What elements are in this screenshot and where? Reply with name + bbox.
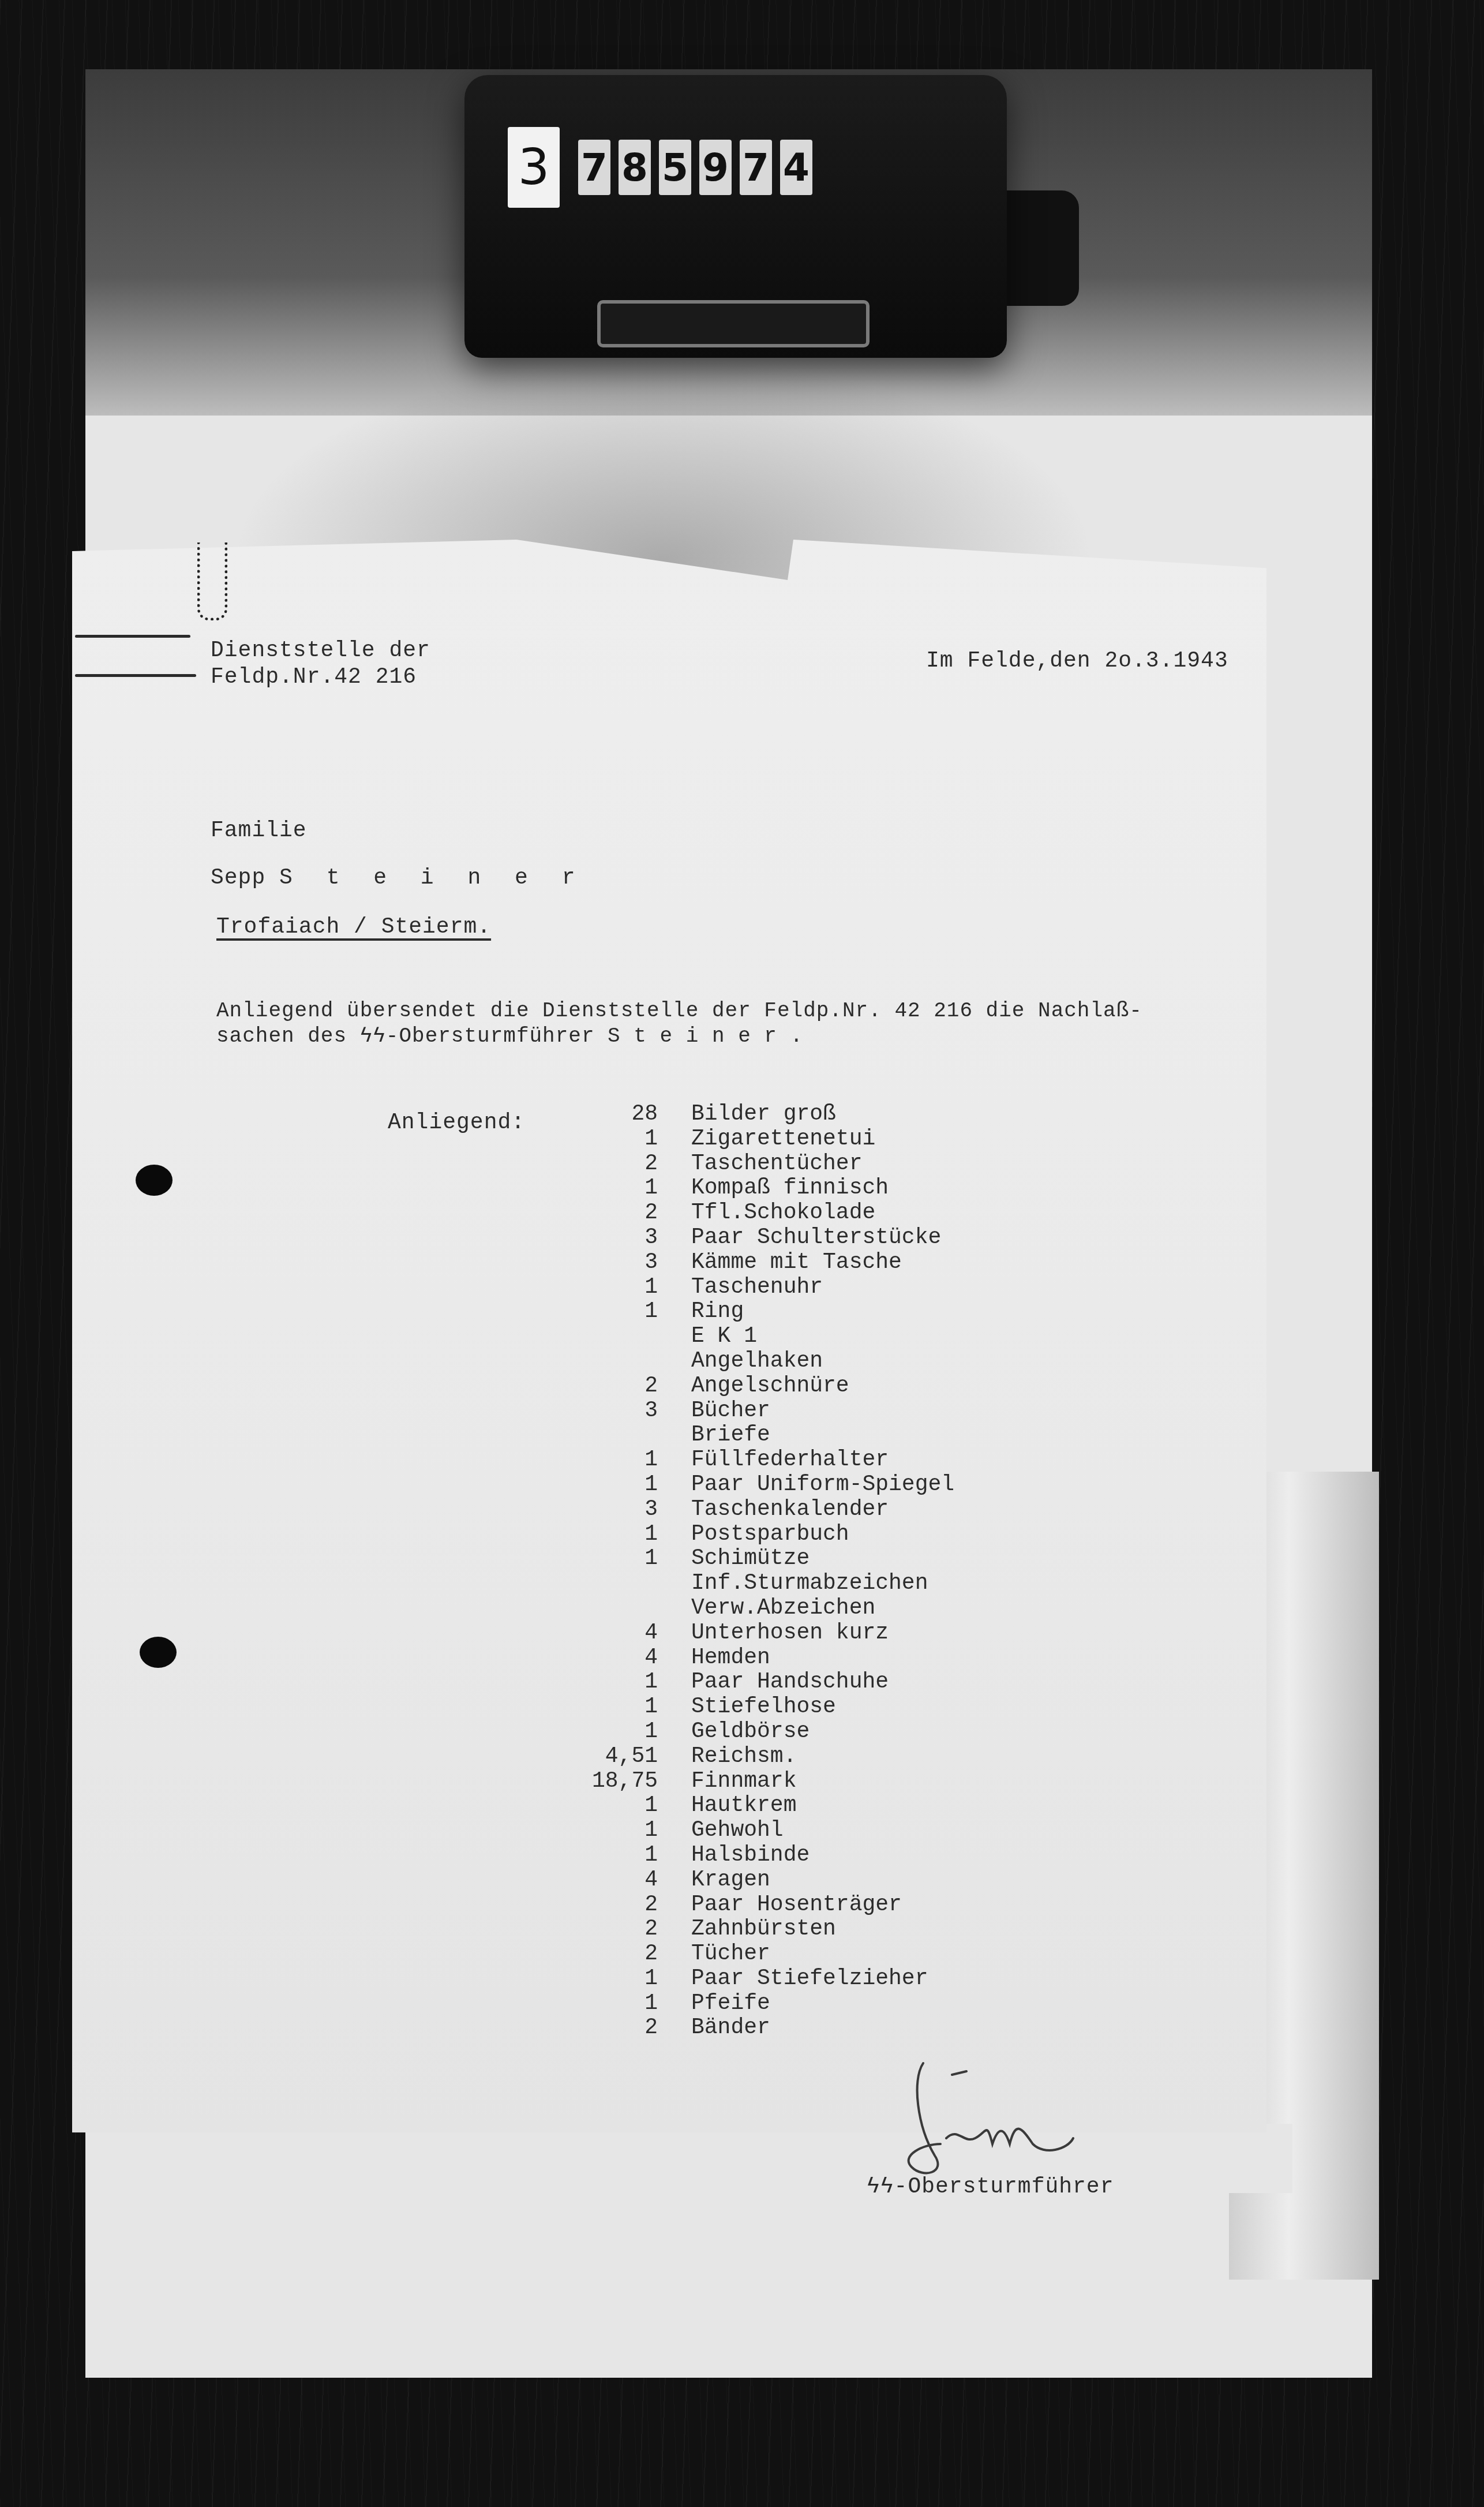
item-quantity: 2: [600, 2016, 691, 2041]
list-item: 28Bilder groß: [600, 1102, 954, 1127]
item-quantity: 4: [600, 1868, 691, 1893]
item-name: Briefe: [691, 1423, 770, 1448]
item-quantity: 1: [600, 1275, 691, 1300]
counter-digit: 7: [740, 140, 772, 195]
list-item: 1Ring: [600, 1300, 954, 1324]
item-quantity: 3: [600, 1251, 691, 1275]
item-quantity: 3: [600, 1226, 691, 1251]
item-quantity: 2: [600, 1942, 691, 1967]
item-name: Pfeife: [691, 1992, 770, 2016]
item-quantity: 1: [600, 1720, 691, 1745]
recipient-last-name: S t e i n e r: [279, 866, 585, 890]
item-quantity: 1: [600, 1992, 691, 2016]
item-name: Stiefelhose: [691, 1695, 836, 1720]
list-item: 1Hautkrem: [600, 1794, 954, 1818]
item-name: Kämme mit Tasche: [691, 1251, 902, 1275]
recipient-first-name: Sepp: [211, 866, 265, 890]
item-name: Tfl.Schokolade: [691, 1201, 875, 1226]
list-item: 3Kämme mit Tasche: [600, 1251, 954, 1275]
item-quantity: 18,75: [561, 1769, 691, 1794]
recipient-place: Trofaiach / Steierm.: [216, 915, 491, 940]
list-item: 1Schimütze: [600, 1547, 954, 1571]
item-quantity: [600, 1596, 691, 1621]
item-name: Paar Handschuhe: [691, 1670, 889, 1695]
item-name: Reichsm.: [691, 1745, 796, 1769]
item-quantity: [600, 1349, 691, 1374]
item-name: Kragen: [691, 1868, 770, 1893]
list-item: 1Kompaß finnisch: [600, 1176, 954, 1201]
item-name: Bilder groß: [691, 1102, 836, 1127]
list-item: Briefe: [600, 1423, 954, 1448]
item-quantity: 4,51: [561, 1745, 691, 1769]
item-name: Bücher: [691, 1399, 770, 1424]
punch-hole-icon: [136, 1165, 173, 1196]
list-item: 1Geldbörse: [600, 1720, 954, 1745]
item-quantity: 1: [600, 1127, 691, 1152]
signature-rank: ϟϟ-Obersturmführer: [867, 2175, 1114, 2200]
counter-digit: 9: [699, 140, 732, 195]
item-name: Zigarettenetui: [691, 1127, 875, 1152]
item-quantity: 1: [600, 1794, 691, 1818]
item-quantity: 2: [600, 1152, 691, 1177]
list-item: Angelhaken: [600, 1349, 954, 1374]
item-name: E K 1: [691, 1324, 757, 1349]
list-item: 1Taschenuhr: [600, 1275, 954, 1300]
item-name: Hemden: [691, 1646, 770, 1671]
item-quantity: 2: [600, 1917, 691, 1942]
body-line-1: Anliegend übersendet die Dienststelle de…: [216, 998, 1142, 1024]
item-quantity: 1: [600, 1818, 691, 1843]
sender-line-1: Dienststelle der: [211, 638, 430, 664]
list-item: 1Halsbinde: [600, 1843, 954, 1868]
list-item: 3Taschenkalender: [600, 1498, 954, 1522]
item-quantity: [600, 1324, 691, 1349]
item-name: Bänder: [691, 2016, 770, 2041]
list-item: 2Tfl.Schokolade: [600, 1201, 954, 1226]
list-item: 3Bücher: [600, 1399, 954, 1424]
item-name: Angelschnüre: [691, 1374, 849, 1399]
list-item: 2Angelschnüre: [600, 1374, 954, 1399]
item-quantity: 2: [600, 1201, 691, 1226]
list-item: 1Gehwohl: [600, 1818, 954, 1843]
item-quantity: 1: [600, 1695, 691, 1720]
item-name: Taschentücher: [691, 1152, 862, 1177]
item-name: Paar Hosenträger: [691, 1893, 902, 1918]
body-line-2: sachen des ϟϟ-Obersturmführer S t e i n …: [216, 1024, 803, 1049]
item-name: Halsbinde: [691, 1843, 810, 1868]
list-item: 1Stiefelhose: [600, 1695, 954, 1720]
item-name: Gehwohl: [691, 1818, 784, 1843]
item-quantity: 4: [600, 1621, 691, 1646]
list-item: Inf.Sturmabzeichen: [600, 1571, 954, 1596]
counter-series-digit: 3: [508, 127, 560, 208]
enclosure-label: Anliegend:: [388, 1110, 525, 1136]
item-quantity: 1: [600, 1843, 691, 1868]
item-quantity: 1: [600, 1670, 691, 1695]
item-name: Postsparbuch: [691, 1522, 849, 1547]
list-item: 1Paar Uniform-Spiegel: [600, 1473, 954, 1498]
item-name: Geldbörse: [691, 1720, 810, 1745]
enclosure-item-list: 28Bilder groß1Zigarettenetui2Taschentüch…: [600, 1102, 954, 2041]
item-quantity: 1: [600, 1176, 691, 1201]
list-item: 1Füllfederhalter: [600, 1448, 954, 1473]
item-name: Schimütze: [691, 1547, 810, 1571]
item-quantity: [600, 1423, 691, 1448]
list-item: 4,51Reichsm.: [561, 1745, 954, 1769]
item-quantity: 4: [600, 1646, 691, 1671]
item-quantity: 2: [600, 1893, 691, 1918]
staple-mark-icon: [197, 542, 227, 620]
list-item: 4Unterhosen kurz: [600, 1621, 954, 1646]
item-quantity: 2: [600, 1374, 691, 1399]
item-name: Füllfederhalter: [691, 1448, 889, 1473]
counter-digit: 8: [619, 140, 651, 195]
archive-number: 3 7 8 5 9 7 4: [508, 130, 812, 205]
item-name: Paar Uniform-Spiegel: [691, 1473, 954, 1498]
signature-icon: [900, 2057, 1085, 2179]
item-name: Tücher: [691, 1942, 770, 1967]
item-name: Unterhosen kurz: [691, 1621, 889, 1646]
punch-hole-icon: [140, 1637, 177, 1668]
item-quantity: 1: [600, 1473, 691, 1498]
counter-slot: [597, 300, 870, 347]
list-item: 3Paar Schulterstücke: [600, 1226, 954, 1251]
item-name: Inf.Sturmabzeichen: [691, 1571, 928, 1596]
counter-digit: 4: [780, 140, 812, 195]
list-item: 2Paar Hosenträger: [600, 1893, 954, 1918]
list-item: Verw.Abzeichen: [600, 1596, 954, 1621]
counter-digit: 7: [578, 140, 610, 195]
place-date: Im Felde,den 2o.3.1943: [926, 649, 1228, 674]
list-item: 1Paar Stiefelzieher: [600, 1967, 954, 1992]
item-quantity: 1: [600, 1300, 691, 1324]
list-item: 4Kragen: [600, 1868, 954, 1893]
list-item: 4Hemden: [600, 1646, 954, 1671]
item-name: Finnmark: [691, 1769, 796, 1794]
item-name: Taschenuhr: [691, 1275, 823, 1300]
list-item: 2Tücher: [600, 1942, 954, 1967]
item-quantity: 3: [600, 1498, 691, 1522]
recipient-name: Sepp S t e i n e r: [211, 866, 585, 891]
item-name: Zahnbürsten: [691, 1917, 836, 1942]
list-item: E K 1: [600, 1324, 954, 1349]
item-name: Paar Stiefelzieher: [691, 1967, 928, 1992]
list-item: 1Postsparbuch: [600, 1522, 954, 1547]
list-item: 18,75Finnmark: [561, 1769, 954, 1794]
counter-digit: 5: [659, 140, 691, 195]
list-item: 2Zahnbürsten: [600, 1917, 954, 1942]
item-quantity: [600, 1571, 691, 1596]
item-name: Kompaß finnisch: [691, 1176, 889, 1201]
sender-line-2: Feldp.Nr.42 216: [211, 665, 417, 690]
item-name: Verw.Abzeichen: [691, 1596, 875, 1621]
item-quantity: 1: [600, 1547, 691, 1571]
item-quantity: 1: [600, 1522, 691, 1547]
list-item: 1Paar Handschuhe: [600, 1670, 954, 1695]
recipient-line-1: Familie: [211, 818, 307, 844]
item-quantity: 28: [600, 1102, 691, 1127]
item-quantity: 1: [600, 1967, 691, 1992]
item-name: Ring: [691, 1300, 744, 1324]
item-name: Hautkrem: [691, 1794, 796, 1818]
item-name: Angelhaken: [691, 1349, 823, 1374]
list-item: 1Pfeife: [600, 1992, 954, 2016]
list-item: 2Taschentücher: [600, 1152, 954, 1177]
item-name: Taschenkalender: [691, 1498, 889, 1522]
margin-mark: [75, 635, 190, 638]
list-item: 2Bänder: [600, 2016, 954, 2041]
item-quantity: 1: [600, 1448, 691, 1473]
item-quantity: 3: [600, 1399, 691, 1424]
item-name: Paar Schulterstücke: [691, 1226, 941, 1251]
margin-mark: [75, 674, 196, 677]
list-item: 1Zigarettenetui: [600, 1127, 954, 1152]
